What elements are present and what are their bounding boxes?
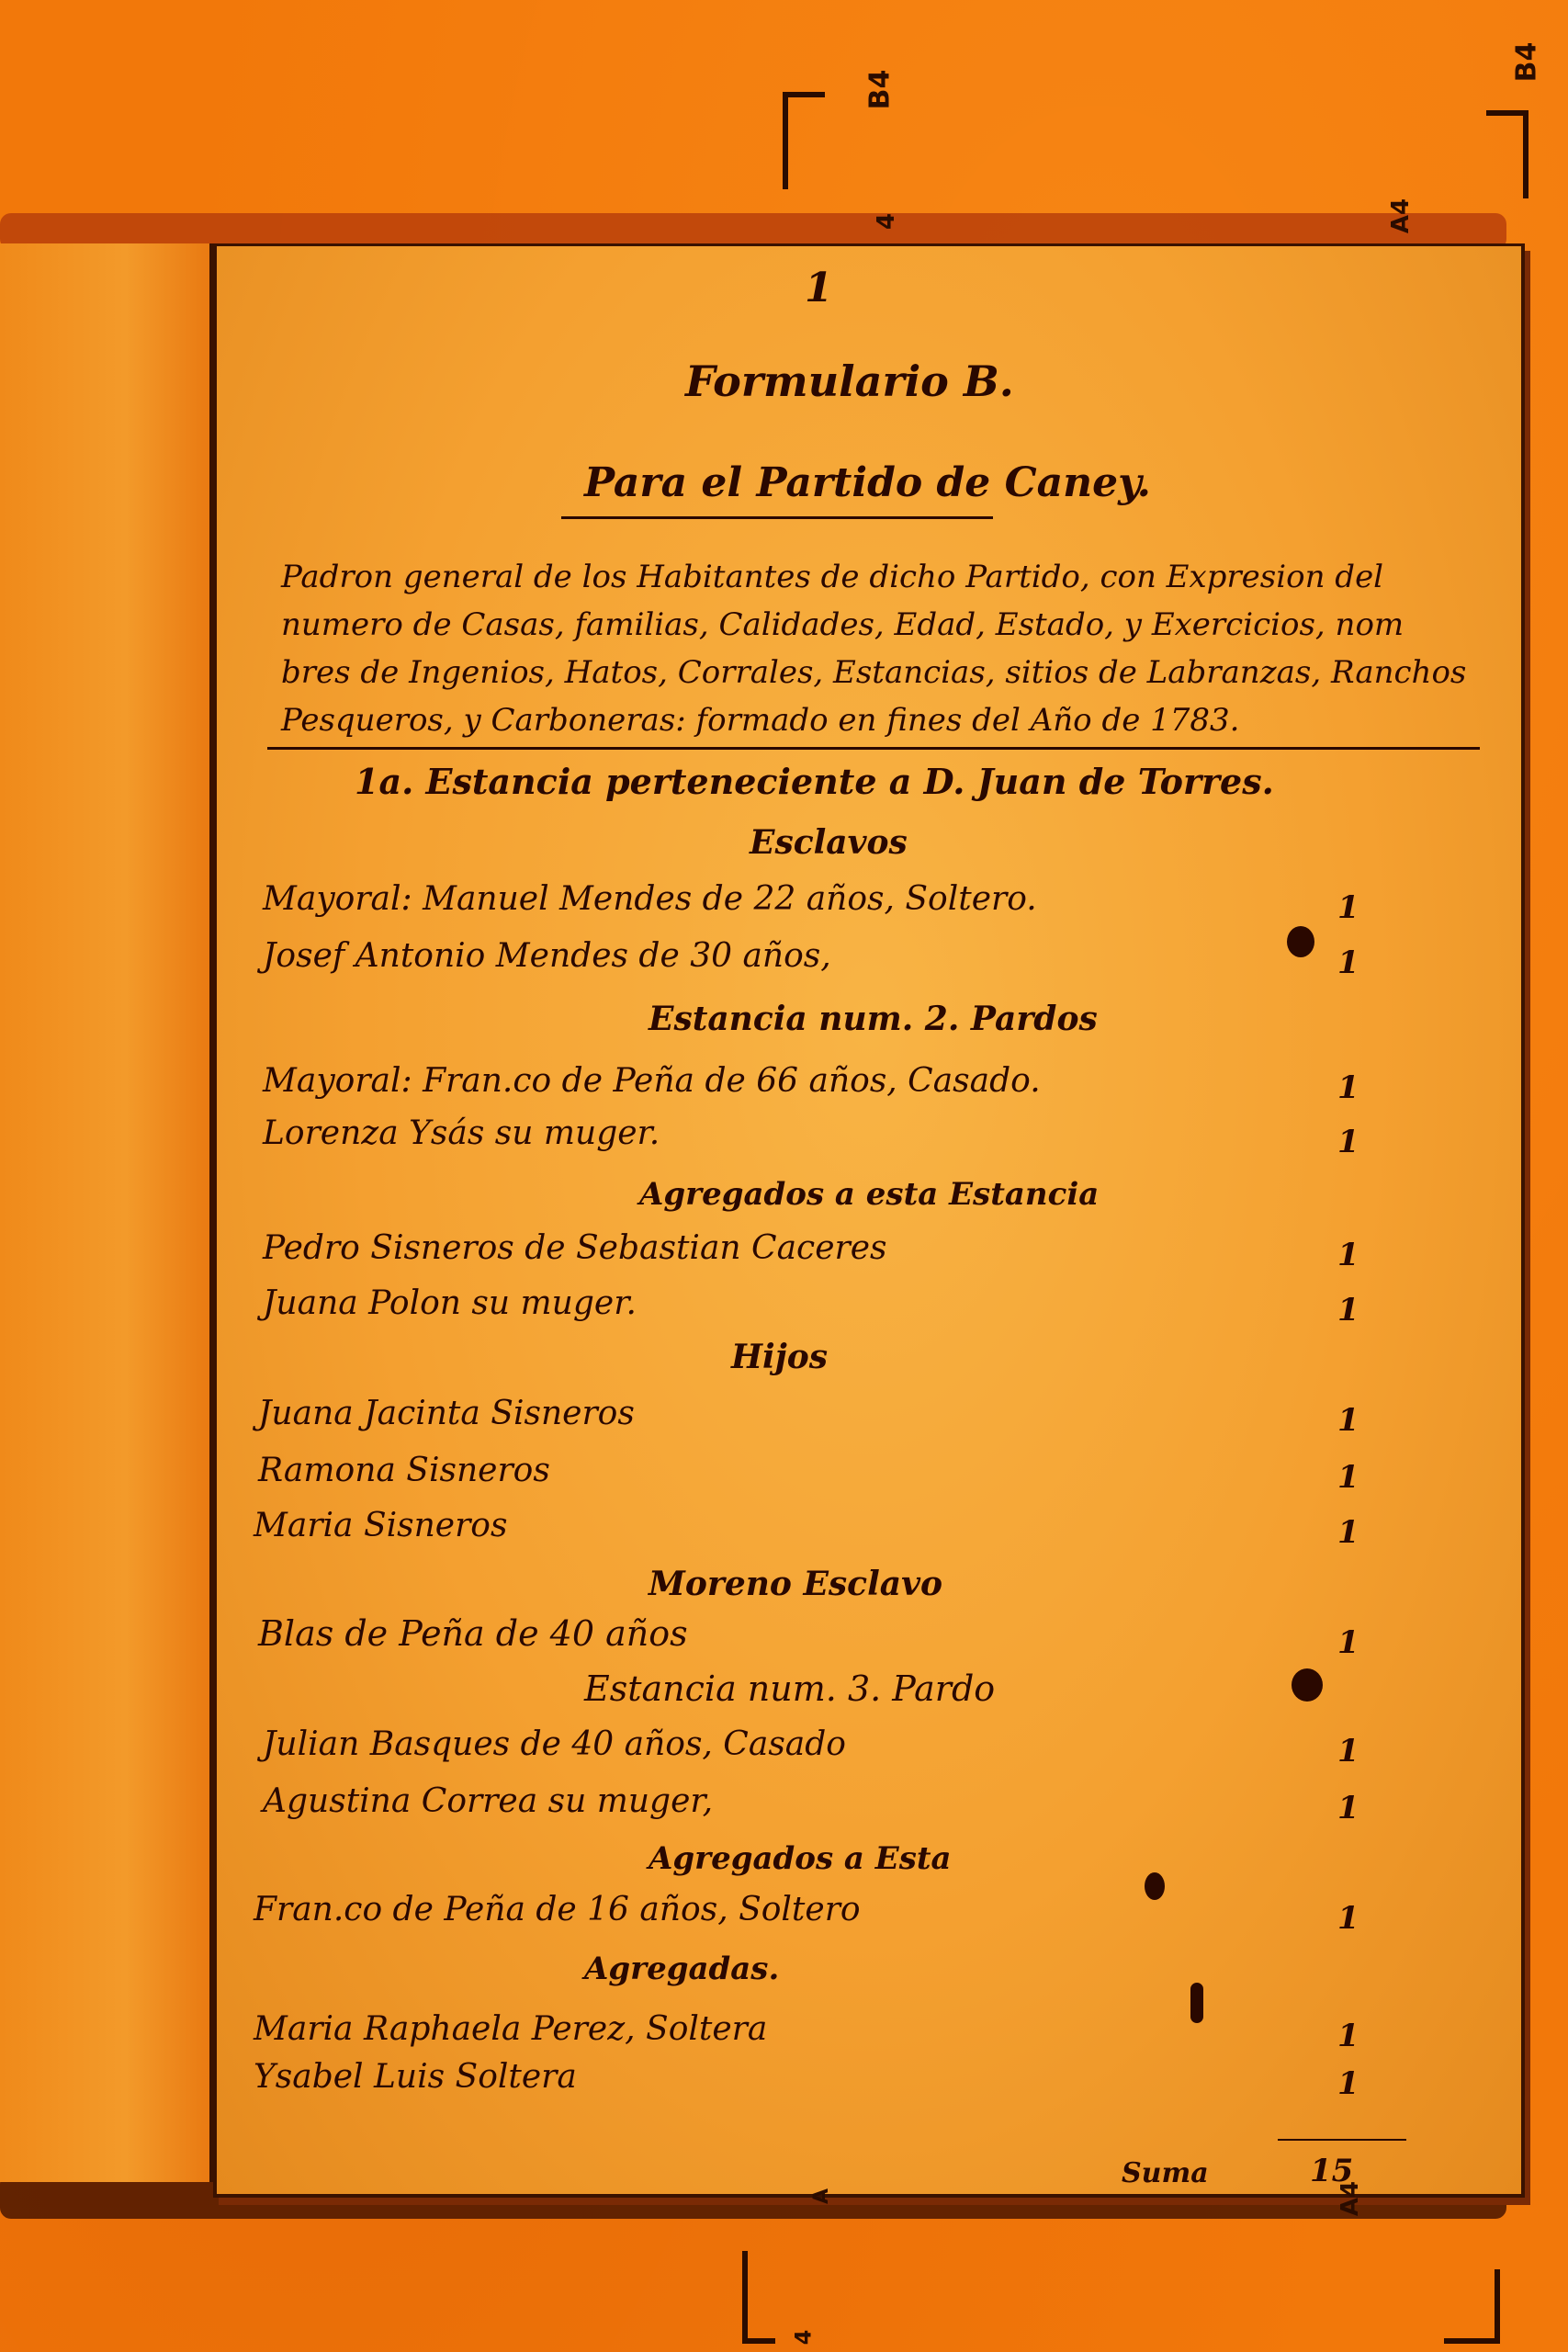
document-subtitle: Para el Partido de Caney. <box>584 459 1151 506</box>
entry: Maria Sisneros <box>254 1507 507 1544</box>
section-heading: 1a. Estancia perteneciente a D. Juan de … <box>355 761 1274 802</box>
entry: Pedro Sisneros de Sebastian Caceres <box>263 1229 887 1267</box>
entry: Blas de Peña de 40 años <box>258 1613 688 1654</box>
section-heading: Agregados a esta Estancia <box>639 1176 1099 1213</box>
entry: Julian Basques de 40 años, Casado <box>263 1725 846 1763</box>
section-subheading: Esclavos <box>750 823 908 862</box>
section-heading: Hijos <box>731 1338 828 1376</box>
entry-count: 1 <box>1337 889 1359 926</box>
intro-line-1: Padron general de los Habitantes de dich… <box>281 559 1383 595</box>
entry-count: 1 <box>1337 1900 1359 1937</box>
crop-label-top-right: B4 <box>1510 42 1542 83</box>
entry: Fran.co de Peña de 16 años, Soltero <box>254 1891 861 1928</box>
entry-count: 1 <box>1337 1790 1359 1826</box>
page-label-top-left: 4 <box>873 213 900 230</box>
entry: Juana Jacinta Sisneros <box>258 1395 635 1432</box>
intro-underline <box>267 747 1480 750</box>
entry: Mayoral: Fran.co de Peña de 66 años, Cas… <box>263 1062 1041 1100</box>
entry-count: 1 <box>1337 1292 1359 1329</box>
page-label-top-right: A4 <box>1387 198 1415 233</box>
section-heading: Agregadas. <box>584 1951 779 1987</box>
intro-line-4: Pesqueros, y Carboneras: formado en fine… <box>281 702 1240 739</box>
document-title: Formulario B. <box>685 356 1014 406</box>
entry-count: 1 <box>1337 944 1359 981</box>
manuscript-page: 4 A4 A A4 1 Formulario B. Para el Partid… <box>213 243 1525 2198</box>
entry-count: 1 <box>1337 1124 1359 1160</box>
entry: Agustina Correa su muger, <box>263 1782 713 1820</box>
entry-count: 1 <box>1337 1402 1359 1439</box>
ink-blot <box>1292 1668 1323 1702</box>
facing-page-left <box>0 243 213 2182</box>
page-number: 1 <box>805 265 833 311</box>
section-heading: Agregados a Esta <box>649 1840 952 1877</box>
crop-label-top-left: B4 <box>863 70 896 110</box>
entry-count: 1 <box>1337 1459 1359 1496</box>
entry-count: 1 <box>1337 2018 1359 2054</box>
entry: Josef Antonio Mendes de 30 años, <box>263 937 831 975</box>
ink-blot <box>1145 1872 1165 1900</box>
total-rule <box>1278 2139 1406 2141</box>
entry: Ysabel Luis Soltera <box>254 2058 577 2096</box>
crop-mark-top-left <box>783 92 825 189</box>
section-heading: Moreno Esclavo <box>649 1565 942 1603</box>
subtitle-underline <box>561 516 993 519</box>
entry: Lorenza Ysás su muger. <box>263 1114 660 1152</box>
crop-mark-bottom-left <box>742 2251 775 2344</box>
ink-blot <box>1287 926 1314 957</box>
entry-count: 1 <box>1337 1624 1359 1661</box>
page-label-bottom-left: A <box>810 2188 833 2204</box>
intro-line-3: bres de Ingenios, Hatos, Corrales, Estan… <box>281 654 1466 691</box>
crop-label-bottom-left: 4 <box>790 2330 816 2346</box>
section-heading: Estancia num. 3. Pardo <box>584 1668 995 1709</box>
entry: Maria Raphaela Perez, Soltera <box>254 2010 767 2048</box>
ink-blot <box>1190 1983 1203 2023</box>
section-heading: Estancia num. 2. Pardos <box>649 1000 1098 1038</box>
intro-line-2: numero de Casas, familias, Calidades, Ed… <box>281 606 1404 643</box>
entry-count: 1 <box>1337 1069 1359 1106</box>
entry: Mayoral: Manuel Mendes de 22 años, Solte… <box>263 880 1037 918</box>
entry-count: 1 <box>1337 2065 1359 2102</box>
entry: Ramona Sisneros <box>258 1452 550 1489</box>
entry-count: 1 <box>1337 1237 1359 1273</box>
total-value: 15 <box>1310 2153 1353 2189</box>
total-label: Suma <box>1122 2157 1209 2189</box>
entry-count: 1 <box>1337 1514 1359 1551</box>
crop-mark-top-right <box>1486 110 1529 198</box>
entry: Juana Polon su muger. <box>263 1284 637 1322</box>
entry-count: 1 <box>1337 1733 1359 1770</box>
crop-mark-bottom-right <box>1444 2269 1500 2344</box>
